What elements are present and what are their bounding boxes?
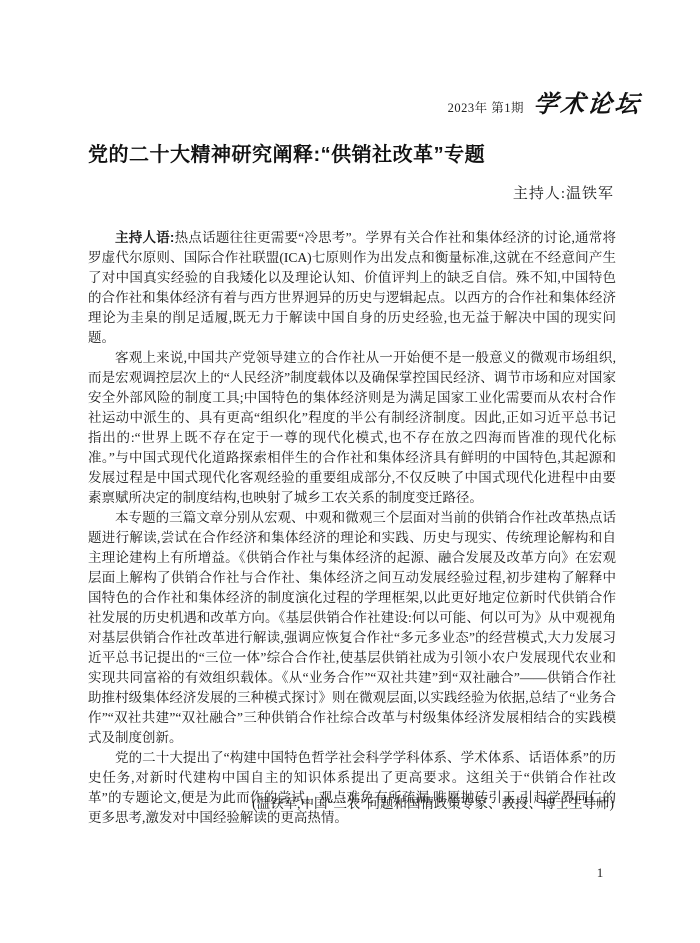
paragraph-3: 本专题的三篇文章分别从宏观、中观和微观三个层面对当前的供销合作社改革热点话题进行… xyxy=(88,508,616,748)
page-title: 党的二十大精神研究阐释:“供销社改革”专题 xyxy=(88,141,485,169)
editor-note-body: 主持人语:热点话题往往更需要“冷思考”。学界有关合作社和集体经济的讨论,通常将罗… xyxy=(88,228,616,828)
paragraph-1-text: 热点话题往往更需要“冷思考”。学界有关合作社和集体经济的讨论,通常将罗虚代尔原则… xyxy=(88,230,616,345)
journal-page: 2023年 第1期 学术论坛 党的二十大精神研究阐释:“供销社改革”专题 主持人… xyxy=(0,0,700,943)
paragraph-4: 党的二十大提出了“构建中国特色哲学社会科学学科体系、学术体系、话语体系”的历史任… xyxy=(88,748,616,828)
author-attribution: (温铁军,中国“三农”问题和国情政策专家、教授、博士生导师) xyxy=(252,792,614,812)
journal-header: 2023年 第1期 学术论坛 xyxy=(448,84,642,119)
issue-info: 2023年 第1期 xyxy=(448,98,524,116)
lead-label: 主持人语: xyxy=(115,230,174,245)
journal-logo-calligraphy: 学术论坛 xyxy=(532,84,644,119)
paragraph-1: 主持人语:热点话题往往更需要“冷思考”。学界有关合作社和集体经济的讨论,通常将罗… xyxy=(88,228,616,348)
page-number: 1 xyxy=(588,865,612,881)
host-line: 主持人:温铁军 xyxy=(513,182,614,203)
paragraph-2: 客观上来说,中国共产党领导建立的合作社从一开始便不是一般意义的微观市场组织,而是… xyxy=(88,348,616,508)
